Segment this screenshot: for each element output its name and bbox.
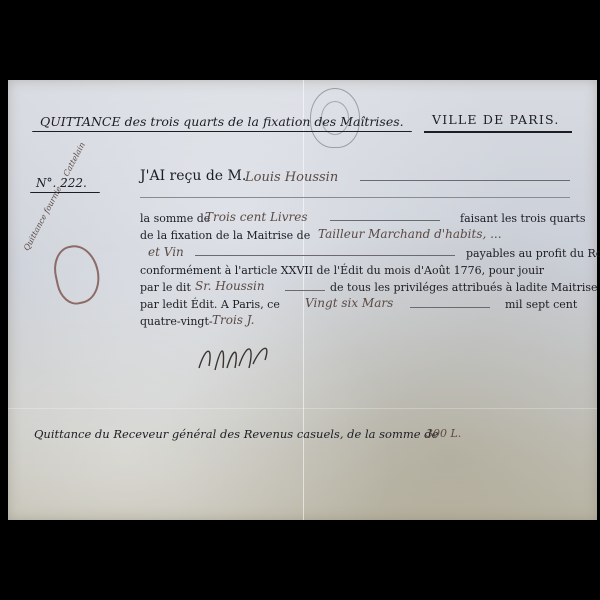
city-underline [424, 131, 572, 133]
payer-name: Louis Houssin [245, 170, 338, 185]
body-line7b: mil sept cent [505, 298, 577, 311]
fold-line-horizontal [8, 408, 597, 409]
fill-line [410, 307, 490, 308]
signature-icon [195, 338, 275, 376]
body-line8: quatre-vingt- [140, 315, 213, 328]
fill-line [330, 220, 440, 221]
footer-text: Quittance du Receveur général des Revenu… [34, 427, 438, 441]
body-line4: payables au profit du Roi, [466, 247, 600, 260]
holder-name: Sr. Houssin [195, 279, 265, 293]
fill-line [140, 197, 570, 198]
trade-name: Tailleur Marchand d'habits, ... [318, 227, 502, 241]
trade-name-cont: et Vin [148, 245, 184, 259]
footer-amount: 300 L. [426, 427, 461, 440]
body-line1: J'AI reçu de M. [140, 168, 246, 184]
body-line2b: faisant les trois quarts [460, 212, 586, 225]
date-hand: Vingt six Mars [305, 296, 393, 310]
body-line3: de la fixation de la Maitrise de [140, 229, 310, 242]
header-title: QUITTANCE des trois quarts de la fixatio… [40, 114, 404, 129]
body-line6a: par le dit [140, 281, 191, 294]
body-line2a: la somme de [140, 212, 210, 225]
amount-words: Trois cent Livres [205, 210, 308, 224]
fill-line [285, 290, 325, 291]
year-hand: Trois J. [212, 313, 254, 327]
fill-line [360, 180, 570, 181]
fill-line [195, 255, 455, 256]
header-brace [32, 131, 412, 132]
number-brace [30, 192, 100, 193]
fold-line-vertical [303, 80, 304, 520]
body-line6b: de tous les priviléges attribués à ladit… [330, 281, 598, 294]
body-line7a: par ledit Édit. A Paris, ce [140, 298, 280, 311]
header-city: VILLE DE PARIS. [432, 112, 560, 127]
body-line5: conformément à l'article XXVII de l'Édit… [140, 264, 544, 277]
